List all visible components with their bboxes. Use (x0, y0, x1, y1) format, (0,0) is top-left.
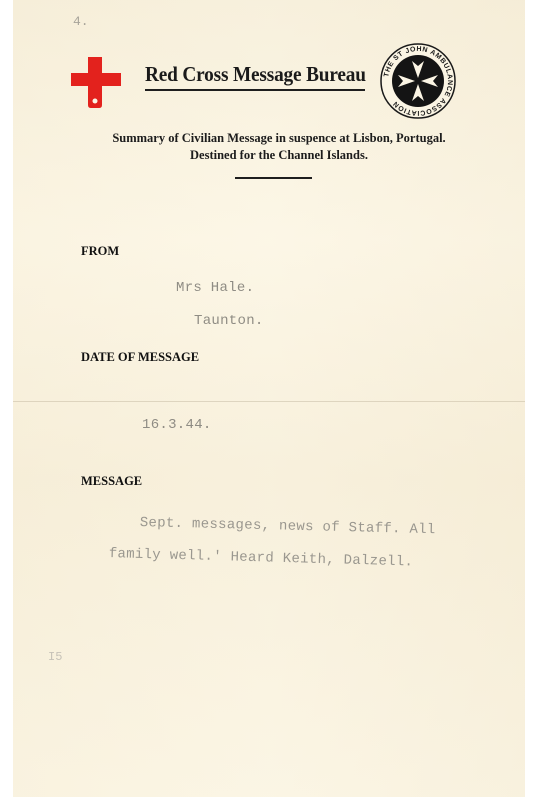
message-label: MESSAGE (81, 474, 142, 489)
subtitle-line-2: Destined for the Channel Islands. (53, 147, 505, 164)
message-line-2: family well.' Heard Keith, Dalzell. (109, 546, 414, 570)
sender-place: Taunton. (194, 313, 264, 329)
red-cross-icon (69, 55, 123, 109)
paper-fold-line (13, 401, 525, 402)
sender-name: Mrs Hale. (176, 280, 254, 296)
subtitle-line-1: Summary of Civilian Message in suspence … (53, 130, 505, 147)
message-date: 16.3.44. (142, 417, 212, 433)
st-john-ambulance-emblem-icon: THE ST JOHN AMBULANCE ASSOCIATION (379, 42, 457, 120)
document-paper: 4. Red Cross Message Bureau THE ST JOHN … (13, 0, 525, 797)
summary-subtitle: Summary of Civilian Message in suspence … (53, 130, 505, 164)
from-label: FROM (81, 244, 119, 259)
title-underline (145, 89, 365, 91)
bureau-title: Red Cross Message Bureau (145, 62, 366, 87)
message-line-1: Sept. messages, news of Staff. All (140, 515, 436, 538)
page-number: 4. (73, 14, 89, 29)
corner-mark: I5 (48, 650, 62, 664)
date-label: DATE OF MESSAGE (81, 350, 199, 365)
divider-rule (235, 177, 312, 179)
